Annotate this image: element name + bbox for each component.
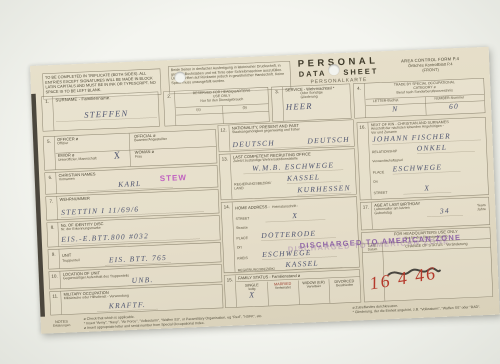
field-13-regbez-value: KASSEL [287,173,341,184]
instructions-english: TO BE COMPLETED IN TRIPLICATE (BOTH SIDE… [45,71,159,95]
field-17-years-sublabel: Jahre [477,207,486,211]
field-2-hq-reserved-box: 2. RESERVED FOR HEADQUARTERS USE ONLY Nu… [163,87,269,126]
field-13-land-label: LAND [234,186,271,191]
field-14-street-label: STREET [236,217,250,221]
field-4-trade-box: 4. TRADE BY SPECIAL OCCUPATIONAL CATEGOR… [353,78,485,118]
field-3-number: 3. [272,87,284,121]
field-13-recruiting-office-box: 13. LAST COMPETENT RECRUITING OFFICE Zul… [219,148,357,200]
field-5-emor-checkmark: X [113,149,122,162]
form-title-data: DATA [299,69,327,79]
field-7-number: 7. [46,196,58,219]
field-9-label: UNIT [62,253,72,258]
field-5-official-sublabel: Beamter/Angestellter [134,137,167,142]
field-15-single-mark: X [237,290,268,300]
field-9-value: EIS. BTT. 765 [105,254,171,266]
stew-stamp: STEW [160,174,187,184]
field-13-land-value: KURHESSEN [297,184,351,195]
field-3-service-box: 3. SERVICE - Wehrmachtteil * Oder Sonsti… [271,84,351,122]
field-1-value: STEFFEN [56,107,157,122]
field-14-sublabel: Heimatanschrift : [272,204,298,209]
field-11-military-occupation-box: 11. MILITARY OCCUPATION Militärische ode… [49,284,223,315]
field-14-home-address-box: 14. HOME ADDRESS - Heimatanschrift : STR… [221,196,360,273]
field-12-number: 12. [218,125,230,151]
personal-data-sheet: TO BE COMPLETED IN TRIPLICATE (BOTH SIDE… [30,47,500,334]
field-2-col-a: (a) [196,108,200,112]
field-16-next-of-kin-box: 16. NEXT OF KIN - CHRISTIAN AND SURNAMES… [357,117,489,200]
field-15-married-sublabel: Verheiratet [267,286,298,291]
field-5-woman-sublabel: Frau [135,154,154,159]
field-7-value: STETTIN I 11/69/6 [61,203,204,218]
field-4-number-value: 60 [449,103,459,112]
field-6-number: 6. [45,173,57,194]
field-4-number-label: NUMBER-Nummer [434,96,464,101]
field-14-street-value: X [265,211,325,222]
field-12-value-present: DEUTSCH [232,139,275,149]
field-3-value: HEER [286,100,349,113]
instructions-german: Beide Seiten in dreifacher Ausfertigung … [171,63,289,85]
field-10-number: 10. [49,271,61,288]
field-1-surname-box: 1. SURNAME - Familienname. STEFFEN [41,92,159,132]
field-11-value: KRAFTF. [97,300,158,312]
field-11-number: 11. [50,291,62,314]
field-1-label: SURNAME - Familienname. [55,93,156,102]
field-5-rank-class-box: 5. OFFICER ø Offizier OFFICIAL ø Beamter… [43,129,217,170]
field-12-nationality-box: 12. NATIONALITY, PRESENT AND PAST Staats… [218,119,355,152]
field-17-value: 34 [427,207,462,217]
field-14-label: HOME ADDRESS - [235,205,270,211]
field-14-place-label: PLACE [236,237,248,241]
field-17-age-box: 17. AGE AT LAST BIRTHDAY Lebensalter am … [360,197,490,230]
field-9-number: 9. [48,249,60,268]
field-1-number: 1. [42,97,54,131]
field-14-regbez-label: REGIERUNGSBEZIRK/ [238,267,275,272]
field-12-value-past: DEUTSCH [307,136,350,146]
field-4-letter-label: LETTER-Buchst. [373,99,399,104]
field-2-number: 2. [164,91,176,125]
field-16-street-value: X [403,184,451,195]
field-17-number: 17. [361,202,373,229]
field-4-letter-value: N [392,105,399,114]
field-16-place-value: ESCHWEGE [392,163,460,175]
field-3-label-3: Gliederung [300,94,348,100]
notes-sublabel: Erklärungen [53,324,71,328]
field-14-kreis-label: KREIS [237,257,248,261]
field-4-number: 4. [354,84,366,118]
field-16-place-label: PLACE [373,171,385,175]
field-15-family-status-box: 15. FAMILY STATUS - Familienstand ø SING… [224,269,361,308]
field-14-place-value: DOTTERODE [261,229,336,241]
field-16-relationship-value: ONKEL [417,142,475,153]
field-2-col-b: (b) [242,106,246,110]
field-16-street-label: STREET [374,191,388,195]
field-16-relationship-label: RELATIONSHIP [372,150,398,155]
field-16-place-sublabel: Ort [373,180,378,184]
field-14-street-sublabel: Strasse [236,226,248,230]
field-8-number: 8. [47,222,59,246]
form-title-sheet: SHEET [343,67,378,77]
field-8-value: EIS.-E.BTT.800 #032 [61,230,200,245]
field-14-place-sublabel: Ort [237,246,242,250]
field-5-officer-sublabel: Offizier [57,141,78,146]
field-5-number: 5. [43,137,55,170]
field-16-relationship-sublabel: Verwandtschaftsgrad [372,159,402,164]
field-10-value: UNB. [132,276,154,285]
field-15-number: 15. [224,275,236,307]
field-5-emor-sublabel: Unteroffizier, Mannschaft [58,157,97,163]
